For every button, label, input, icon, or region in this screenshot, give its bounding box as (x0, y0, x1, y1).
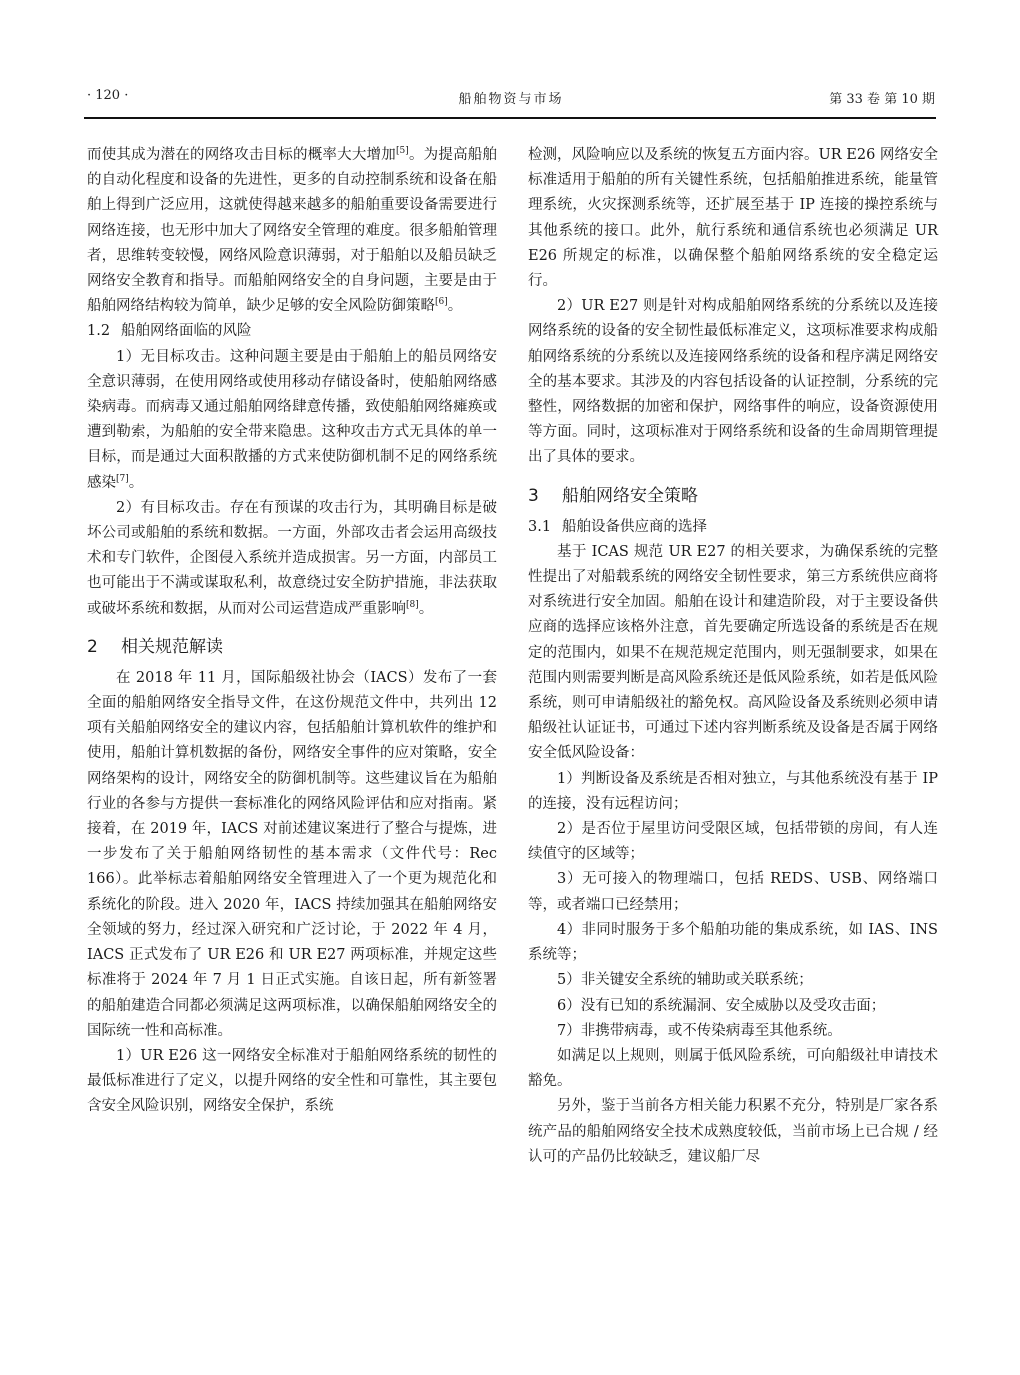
citation: [5] (396, 146, 409, 156)
paragraph: 1）UR E26 这一网络安全标准对于船舶网络系统的韧性的最低标准进行了定义，以… (87, 1044, 497, 1120)
list-item: 6）没有已知的系统漏洞、安全威胁以及受攻击面； (528, 994, 938, 1019)
paragraph: 另外，鉴于当前各方相关能力积累不充分，特别是厂家各系统产品的船舶网络安全技术成熟… (528, 1094, 938, 1170)
list-item: 1）判断设备及系统是否相对独立，与其他系统没有基于 IP 的连接，没有远程访问； (528, 767, 938, 817)
issue-info: 第 33 卷 第 10 期 (829, 88, 935, 107)
citation: [6] (435, 297, 448, 307)
right-column: 检测，风险响应以及系统的恢复五方面内容。UR E26 网络安全标准适用于船舶的所… (528, 143, 938, 1170)
citation: [8] (406, 600, 419, 610)
list-item: 7）非携带病毒，或不传染病毒至其他系统。 (528, 1019, 938, 1044)
section-heading-3-1: 3.1船舶设备供应商的选择 (528, 515, 938, 540)
list-item: 2）是否位于屋里访问受限区域，包括带锁的房间，有人连续值守的区域等； (528, 817, 938, 867)
paragraph: 2）UR E27 则是针对构成船舶网络系统的分系统以及连接网络系统的设备的安全韧… (528, 294, 938, 470)
left-column: 而使其成为潜在的网络攻击目标的概率大大增加[5]。为提高船舶的自动化程度和设备的… (87, 143, 497, 1120)
paragraph: 检测，风险响应以及系统的恢复五方面内容。UR E26 网络安全标准适用于船舶的所… (528, 143, 938, 294)
journal-title: 船舶物资与市场 (87, 88, 935, 107)
running-header: · 120 · 船舶物资与市场 第 33 卷 第 10 期 (87, 86, 935, 108)
list-item: 3）无可接入的物理端口，包括 REDS、USB、网络端口等，或者端口已经禁用； (528, 867, 938, 917)
paragraph: 在 2018 年 11 月，国际船级社协会（IACS）发布了一套全面的船舶网络安… (87, 666, 497, 1044)
section-heading-1-2: 1.2船舶网络面临的风险 (87, 319, 497, 344)
paragraph: 1）无目标攻击。这种问题主要是由于船舶上的船员网络安全意识薄弱，在使用网络或使用… (87, 345, 497, 496)
citation: [7] (116, 474, 129, 484)
list-item: 4）非同时服务于多个船舶功能的集成系统，如 IAS、INS 系统等； (528, 918, 938, 968)
section-heading-3: 3船舶网络安全策略 (528, 483, 938, 509)
paragraph: 基于 ICAS 规范 UR E27 的相关要求，为确保系统的完整性提出了对船载系… (528, 540, 938, 767)
header-rule (84, 117, 936, 119)
paragraph: 而使其成为潜在的网络攻击目标的概率大大增加[5]。为提高船舶的自动化程度和设备的… (87, 143, 497, 319)
list-item: 5）非关键安全系统的辅助或关联系统； (528, 968, 938, 993)
paragraph: 2）有目标攻击。存在有预谋的攻击行为，其明确目标是破坏公司或船舶的系统和数据。一… (87, 496, 497, 622)
paragraph: 如满足以上规则，则属于低风险系统，可向船级社申请技术豁免。 (528, 1044, 938, 1094)
section-heading-2: 2相关规范解读 (87, 634, 497, 660)
